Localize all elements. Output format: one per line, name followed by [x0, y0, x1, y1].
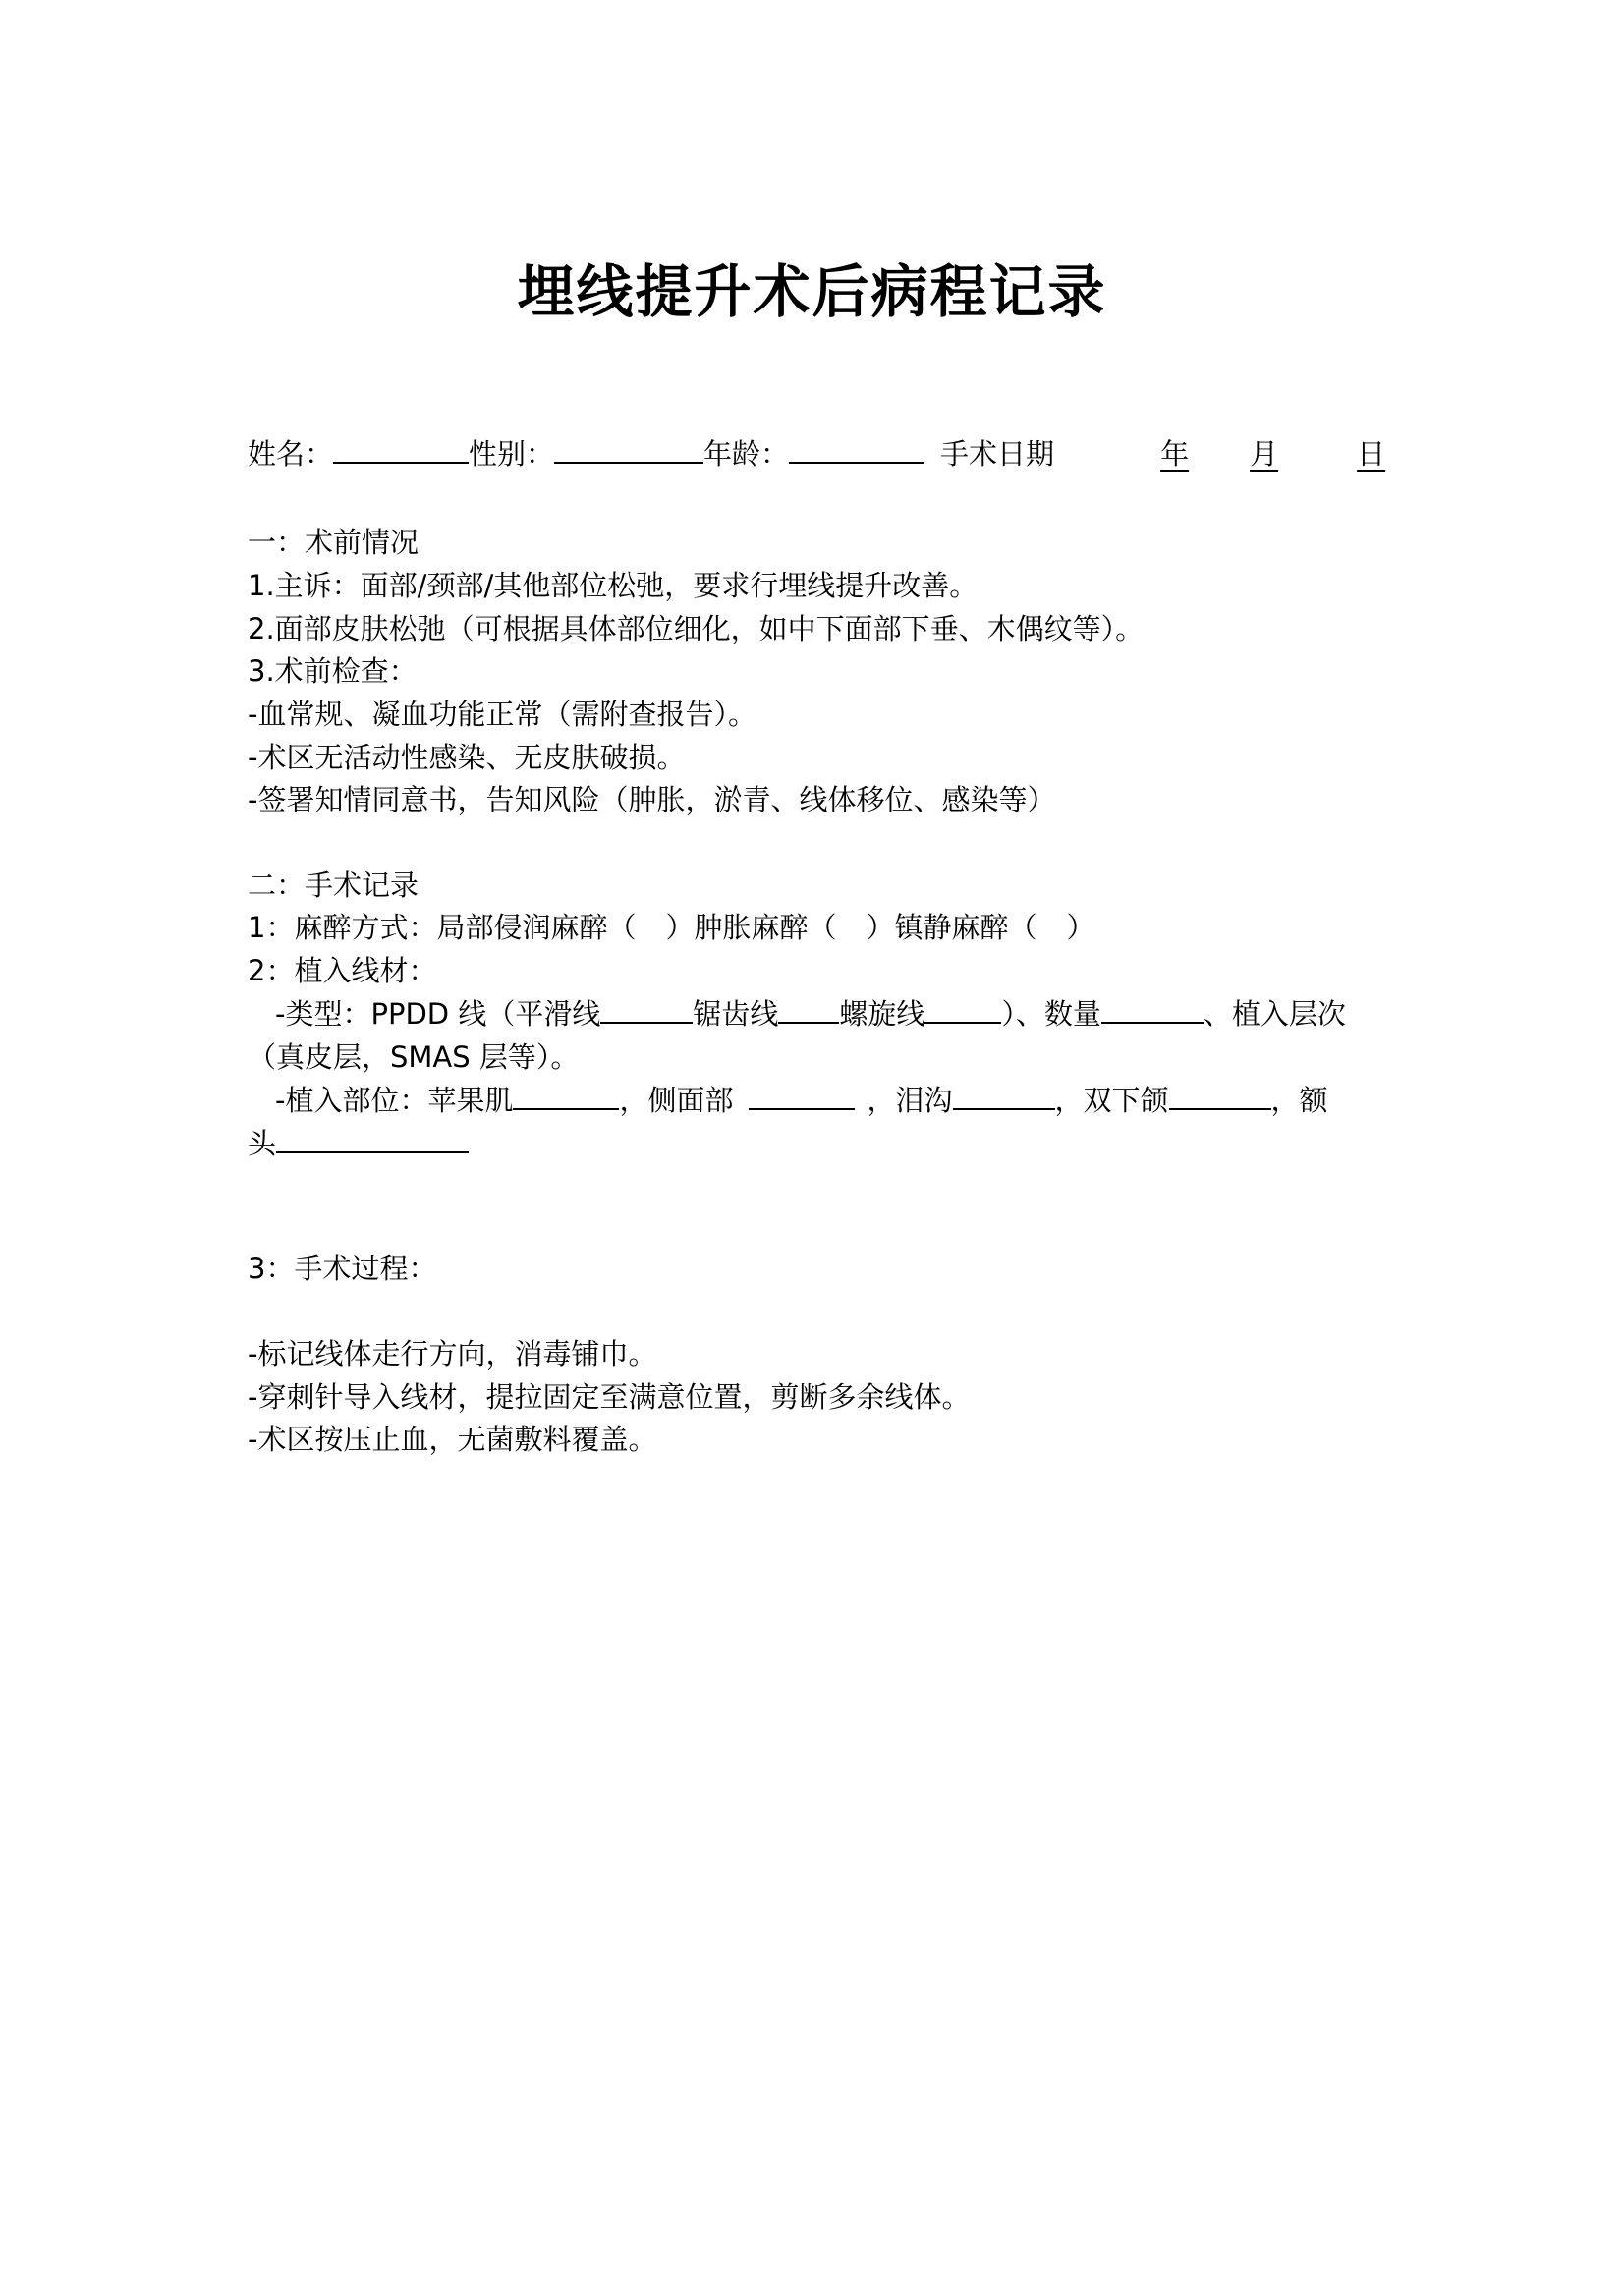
anesthesia-row: 1：麻醉方式：局部侵润麻醉（）肿胀麻醉（）镇静麻醉（） — [248, 906, 1095, 949]
month-label: 月 — [1250, 437, 1278, 471]
sawtooth-thread-field[interactable] — [778, 994, 839, 1024]
age-label: 年龄： — [703, 437, 789, 471]
spiral-label: 螺旋线 — [839, 997, 924, 1031]
quantity-label: ）、数量 — [1001, 997, 1101, 1031]
smooth-thread-field[interactable] — [600, 994, 693, 1024]
anesthesia-option-sedation: ）镇静麻醉（ — [866, 911, 1036, 944]
section2-heading: 二：手术记录 — [248, 864, 419, 907]
side-face-field[interactable] — [749, 1081, 855, 1110]
surgery-date-label: 手术日期 — [940, 437, 1054, 471]
anesthesia-option-local: 局部侵润麻醉（ — [436, 911, 636, 944]
chief-complaint: 1.主诉：面部/颈部/其他部位松弛，要求行埋线提升改善。 — [248, 564, 978, 607]
day-label: 日 — [1357, 437, 1385, 471]
year-label: 年 — [1160, 437, 1189, 471]
surgery-process-label: 3：手术过程： — [248, 1247, 436, 1290]
preop-check-blood: -血常规、凝血功能正常（需附查报告）。 — [248, 693, 756, 736]
document-page: 埋线提升术后病程记录 姓名：性别：年龄：手术日期年月日 一：术前情况 1.主诉：… — [0, 0, 1624, 2296]
anesthesia-close: ） — [1067, 911, 1095, 944]
tear-trough-field[interactable] — [953, 1081, 1055, 1110]
process-step-1: -标记线体走行方向，消毒铺巾。 — [248, 1332, 656, 1375]
double-chin-field[interactable] — [1169, 1081, 1271, 1110]
gender-label: 性别： — [469, 437, 554, 471]
name-field[interactable] — [333, 434, 469, 464]
apple-cheek-field[interactable] — [513, 1081, 619, 1110]
skin-laxity-note: 2.面部皮肤松弛（可根据具体部位细化，如中下面部下垂、木偶纹等）。 — [248, 607, 1144, 650]
layer-note: （真皮层，SMAS 层等）。 — [248, 1036, 579, 1079]
age-field[interactable] — [789, 434, 924, 464]
preop-check-consent: -签署知情同意书，告知风险（肿胀，淤青、线体移位、感染等） — [248, 778, 1055, 821]
double-chin-label: ，双下颌 — [1055, 1084, 1169, 1117]
implant-site-row: -植入部位：苹果肌，侧面部，泪沟，双下颌，额 — [275, 1079, 1328, 1122]
sawtooth-label: 锯齿线 — [693, 997, 778, 1031]
patient-info-row: 姓名：性别：年龄：手术日期年月日 — [248, 432, 1385, 476]
forehead-label-part2: 头 — [248, 1127, 276, 1160]
layer-label: 、植入层次 — [1204, 997, 1346, 1031]
apple-cheek-label: -植入部位：苹果肌 — [275, 1084, 513, 1117]
document-title: 埋线提升术后病程记录 — [0, 257, 1624, 326]
forehead-row: 头 — [248, 1122, 469, 1165]
section1-heading: 一：术前情况 — [248, 521, 419, 564]
anesthesia-option-tumescent: ）肿胀麻醉（ — [665, 911, 836, 944]
forehead-label-part1: ，额 — [1271, 1084, 1328, 1117]
process-step-2: -穿刺针导入线材，提拉固定至满意位置，剪断多余线体。 — [248, 1375, 970, 1419]
preop-check-infection: -术区无活动性感染、无皮肤破损。 — [248, 736, 685, 779]
tear-trough-label: ，泪沟 — [867, 1084, 952, 1117]
name-label: 姓名： — [248, 437, 333, 471]
forehead-field[interactable] — [276, 1124, 469, 1153]
spiral-thread-field[interactable] — [924, 994, 1001, 1024]
preop-exam-label: 3.术前检查： — [248, 649, 418, 693]
quantity-field[interactable] — [1101, 994, 1204, 1024]
side-face-label: ，侧面部 — [619, 1084, 733, 1117]
gender-field[interactable] — [554, 434, 703, 464]
implant-label: 2：植入线材： — [248, 949, 436, 992]
thread-type-row: -类型：PPDD 线（平滑线锯齿线螺旋线）、数量、植入层次 — [275, 992, 1346, 1036]
process-step-3: -术区按压止血，无菌敷料覆盖。 — [248, 1418, 656, 1461]
surgery-date-field[interactable]: 年月日 — [1054, 437, 1385, 471]
thread-type-prefix: -类型：PPDD 线（平滑线 — [275, 997, 600, 1031]
anesthesia-label: 1：麻醉方式： — [248, 911, 436, 944]
